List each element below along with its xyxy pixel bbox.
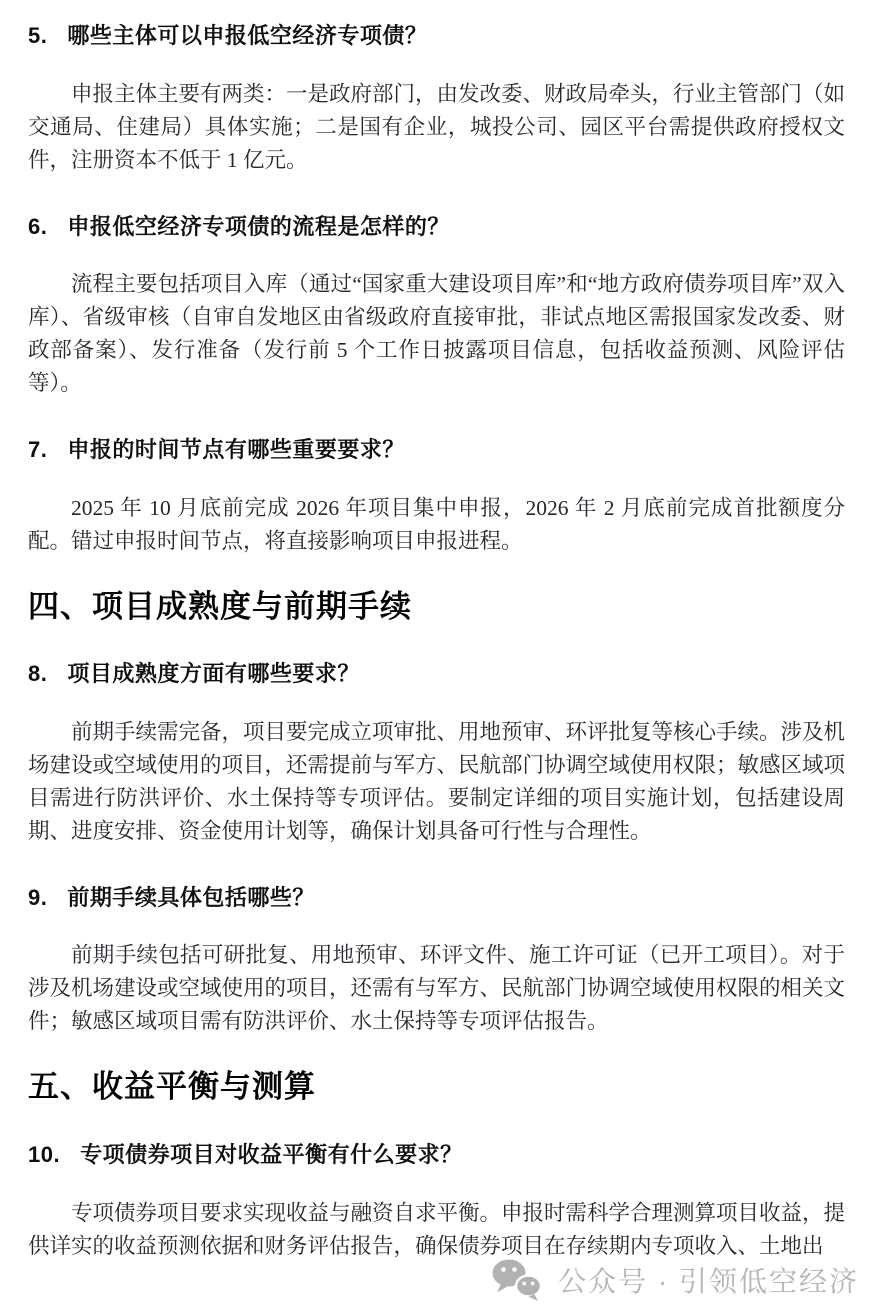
paragraph-answer-7: 2025 年 10 月底前完成 2026 年项目集中申报，2026 年 2 月底… <box>28 492 845 558</box>
question-number: 7. <box>28 436 47 464</box>
question-heading-9: 9.前期手续具体包括哪些？ <box>28 884 845 912</box>
watermark-label: 公众号 · 引领低空经济 <box>558 1260 859 1300</box>
section-heading-4: 四、项目成熟度与前期手续 <box>28 588 845 627</box>
watermark: 公众号 · 引领低空经济 <box>490 1258 859 1302</box>
question-text: 申报的时间节点有哪些重要要求？ <box>67 437 405 462</box>
question-text: 申报低空经济专项债的流程是怎样的？ <box>67 214 450 239</box>
paragraph-answer-6: 流程主要包括项目入库（通过“国家重大建设项目库”和“地方政府债券项目库”双入库）… <box>28 268 845 400</box>
question-text: 哪些主体可以申报低空经济专项债？ <box>67 23 427 48</box>
question-number: 6. <box>28 213 47 241</box>
document-page: 5.哪些主体可以申报低空经济专项债？ 申报主体主要有两类：一是政府部门，由发改委… <box>0 0 873 1263</box>
question-number: 9. <box>28 884 47 912</box>
question-text: 前期手续具体包括哪些？ <box>67 885 315 910</box>
wechat-icon <box>490 1258 544 1302</box>
question-number: 5. <box>28 22 47 50</box>
paragraph-answer-9: 前期手续包括可研批复、用地预审、环评文件、施工许可证（已开工项目）。对于涉及机场… <box>28 939 845 1038</box>
section-heading-5: 五、收益平衡与测算 <box>28 1068 845 1107</box>
question-heading-5: 5.哪些主体可以申报低空经济专项债？ <box>28 22 845 50</box>
question-number: 10. <box>28 1141 60 1169</box>
question-heading-7: 7.申报的时间节点有哪些重要要求？ <box>28 436 845 464</box>
question-number: 8. <box>28 660 47 688</box>
question-heading-10: 10.专项债券项目对收益平衡有什么要求？ <box>28 1141 845 1169</box>
paragraph-answer-8: 前期手续需完备，项目要完成立项审批、用地预审、环评批复等核心手续。涉及机场建设或… <box>28 716 845 848</box>
paragraph-answer-10: 专项债券项目要求实现收益与融资自求平衡。申报时需科学合理测算项目收益，提供详实的… <box>28 1197 845 1263</box>
question-heading-6: 6.申报低空经济专项债的流程是怎样的？ <box>28 213 845 241</box>
question-heading-8: 8.项目成熟度方面有哪些要求？ <box>28 660 845 688</box>
question-text: 专项债券项目对收益平衡有什么要求？ <box>80 1142 463 1167</box>
paragraph-answer-5: 申报主体主要有两类：一是政府部门，由发改委、财政局牵头，行业主管部门（如交通局、… <box>28 78 845 177</box>
question-text: 项目成熟度方面有哪些要求？ <box>67 661 360 686</box>
